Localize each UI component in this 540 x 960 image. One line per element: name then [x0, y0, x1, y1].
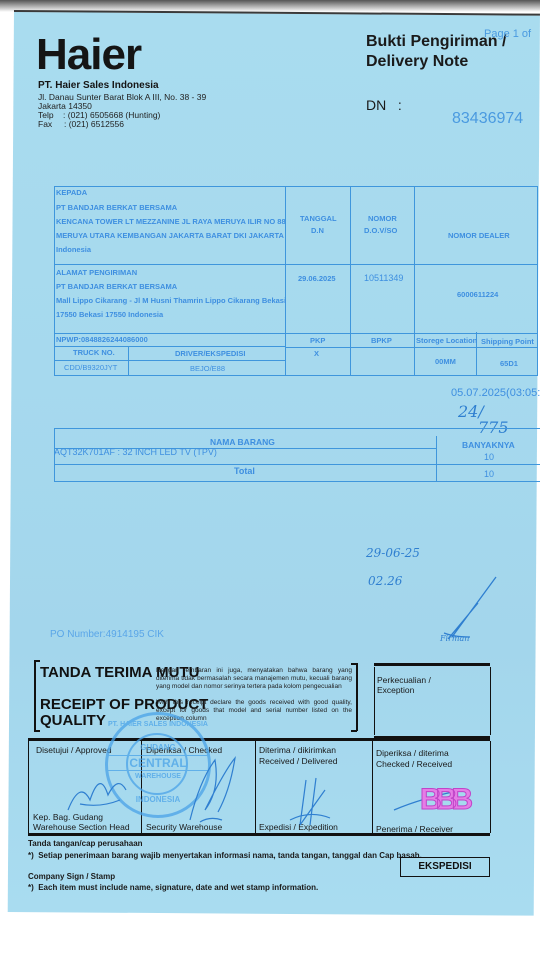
- sig-delivered-label-1: Diterima / dikirimkan: [259, 745, 336, 755]
- storage-value: 00MM: [435, 355, 456, 368]
- shipping-name: PT BANDJAR BERKAT BERSAMA: [56, 280, 177, 293]
- pkp-value: X: [314, 347, 319, 360]
- exception-label-2: Exception: [377, 685, 414, 695]
- exception-label-1: Perkecualian /: [377, 675, 431, 685]
- divider: [436, 436, 437, 481]
- tanggal-value: 29.06.2025: [298, 272, 336, 285]
- receiver-stamp: BBB: [420, 783, 467, 817]
- exception-border: [374, 667, 375, 735]
- recipient-address-3: Indonesia: [56, 243, 91, 256]
- bracket: [34, 660, 36, 696]
- company-fax: Fax : (021) 6512556: [38, 120, 124, 129]
- tanggal-sub: D.N: [311, 224, 324, 237]
- signer-name: Firman: [440, 634, 469, 643]
- signatures-top-rule: [28, 738, 490, 741]
- nomor-sub: D.O.V/SO: [364, 224, 397, 237]
- sig-approved-label: Disetujui / Approved: [36, 745, 112, 755]
- sig-received-role: Penerima / Receiver: [376, 824, 453, 834]
- total-qty: 10: [484, 469, 494, 479]
- signature-delivered: [270, 770, 360, 830]
- footer-sign-en: Company Sign / Stamp: [28, 872, 115, 881]
- footer-note-en: *) Each item must include name, signatur…: [28, 883, 318, 892]
- quality-title-en-2: QUALITY: [40, 713, 106, 729]
- haier-logo: Haier: [36, 30, 141, 80]
- company-name: PT. Haier Sales Indonesia: [38, 80, 159, 91]
- bracket: [351, 663, 357, 665]
- bpkp-label: BPKP: [371, 334, 392, 347]
- bracket: [34, 660, 40, 662]
- item-name: AQT32K701AF : 32 INCH LED TV (TPV): [54, 447, 217, 457]
- bracket: [34, 694, 36, 732]
- quality-text-id: Dengan lembaran ini juga, menyatakan bah…: [156, 667, 352, 691]
- divider: [128, 346, 129, 376]
- nomor-value: 10511349: [364, 273, 403, 283]
- npwp: NPWP:0848826244086000: [56, 333, 148, 346]
- recipient-address-2: MERUYA UTARA KEMBANGAN JAKARTA BARAT DKI…: [56, 229, 284, 242]
- bracket: [351, 730, 357, 732]
- po-number: PO Number:4914195 CIK: [50, 629, 164, 640]
- exception-top-rule: [374, 663, 490, 666]
- item-qty: 10: [484, 452, 494, 462]
- total-label: Total: [234, 465, 255, 478]
- shipping-point-label: Shipping Point: [481, 335, 534, 348]
- signature-checked: [170, 750, 250, 830]
- driver-label: DRIVER/EKSPEDISI: [175, 347, 245, 360]
- shipping-address-2: 17550 Bekasi 17550 Indonesia: [56, 308, 163, 321]
- copy-label-ekspedisi: EKSPEDISI: [400, 857, 490, 877]
- footer-note-id: *) Setiap penerimaan barang wajib menyer…: [28, 851, 422, 860]
- dealer-label: NOMOR DEALER: [448, 229, 510, 242]
- driver-name: BEJO/E88: [190, 362, 225, 375]
- shipping-address-1: Mall Lippo Cikarang - Jl M Husni Thamrin…: [56, 294, 286, 307]
- pkp-label: PKP: [310, 334, 325, 347]
- sig-border: [490, 741, 491, 833]
- recipient-name: PT BANDJAR BERKAT BERSAMA: [56, 201, 177, 214]
- sig-received-label-2: Checked / Received: [376, 759, 452, 769]
- handwritten-time: 02.26: [368, 574, 402, 588]
- sig-border: [28, 741, 29, 833]
- footer-sign-id: Tanda tangan/cap perusahaan: [28, 839, 143, 848]
- stamp-ring-text: PT. HAIER SALES INDONESIA: [108, 721, 208, 728]
- dealer-value: 6000611224: [457, 288, 498, 301]
- printed-timestamp: 05.07.2025(03:05:12): [451, 387, 540, 399]
- sig-border: [255, 741, 256, 833]
- page-number: Page 1 of: [484, 28, 531, 40]
- title-english: Delivery Note: [366, 52, 506, 72]
- dn-number: 83436974: [452, 110, 523, 128]
- dn-label: DN :: [366, 97, 402, 113]
- sig-received-label-1: Diperiksa / diterima: [376, 748, 449, 758]
- shipping-label: ALAMAT PENGIRIMAN: [56, 266, 137, 279]
- truck-label: TRUCK NO.: [73, 346, 115, 359]
- divider: [54, 464, 540, 465]
- divider: [54, 264, 537, 265]
- sig-delivered-label-2: Received / Delivered: [259, 756, 337, 766]
- kepada-label: KEPADA: [56, 186, 87, 199]
- bracket: [356, 663, 358, 731]
- shipping-point-value: 65D1: [500, 357, 518, 370]
- signature-approved: [60, 760, 140, 820]
- recipient-address-1: KENCANA TOWER LT MEZZANINE JL RAYA MERUY…: [56, 215, 286, 228]
- handwritten-date: 29-06-25: [366, 546, 420, 560]
- exception-border: [490, 667, 491, 735]
- bracket: [34, 730, 40, 732]
- storage-label: Storege Location: [416, 334, 477, 347]
- col-nama-barang: NAMA BARANG: [210, 436, 275, 449]
- sig-approved-role-2: Warehouse Section Head: [33, 822, 130, 832]
- col-banyaknya: BANYAKNYA: [462, 439, 515, 452]
- sig-border: [372, 741, 373, 833]
- truck-number: CDD/B9320JYT: [64, 361, 117, 374]
